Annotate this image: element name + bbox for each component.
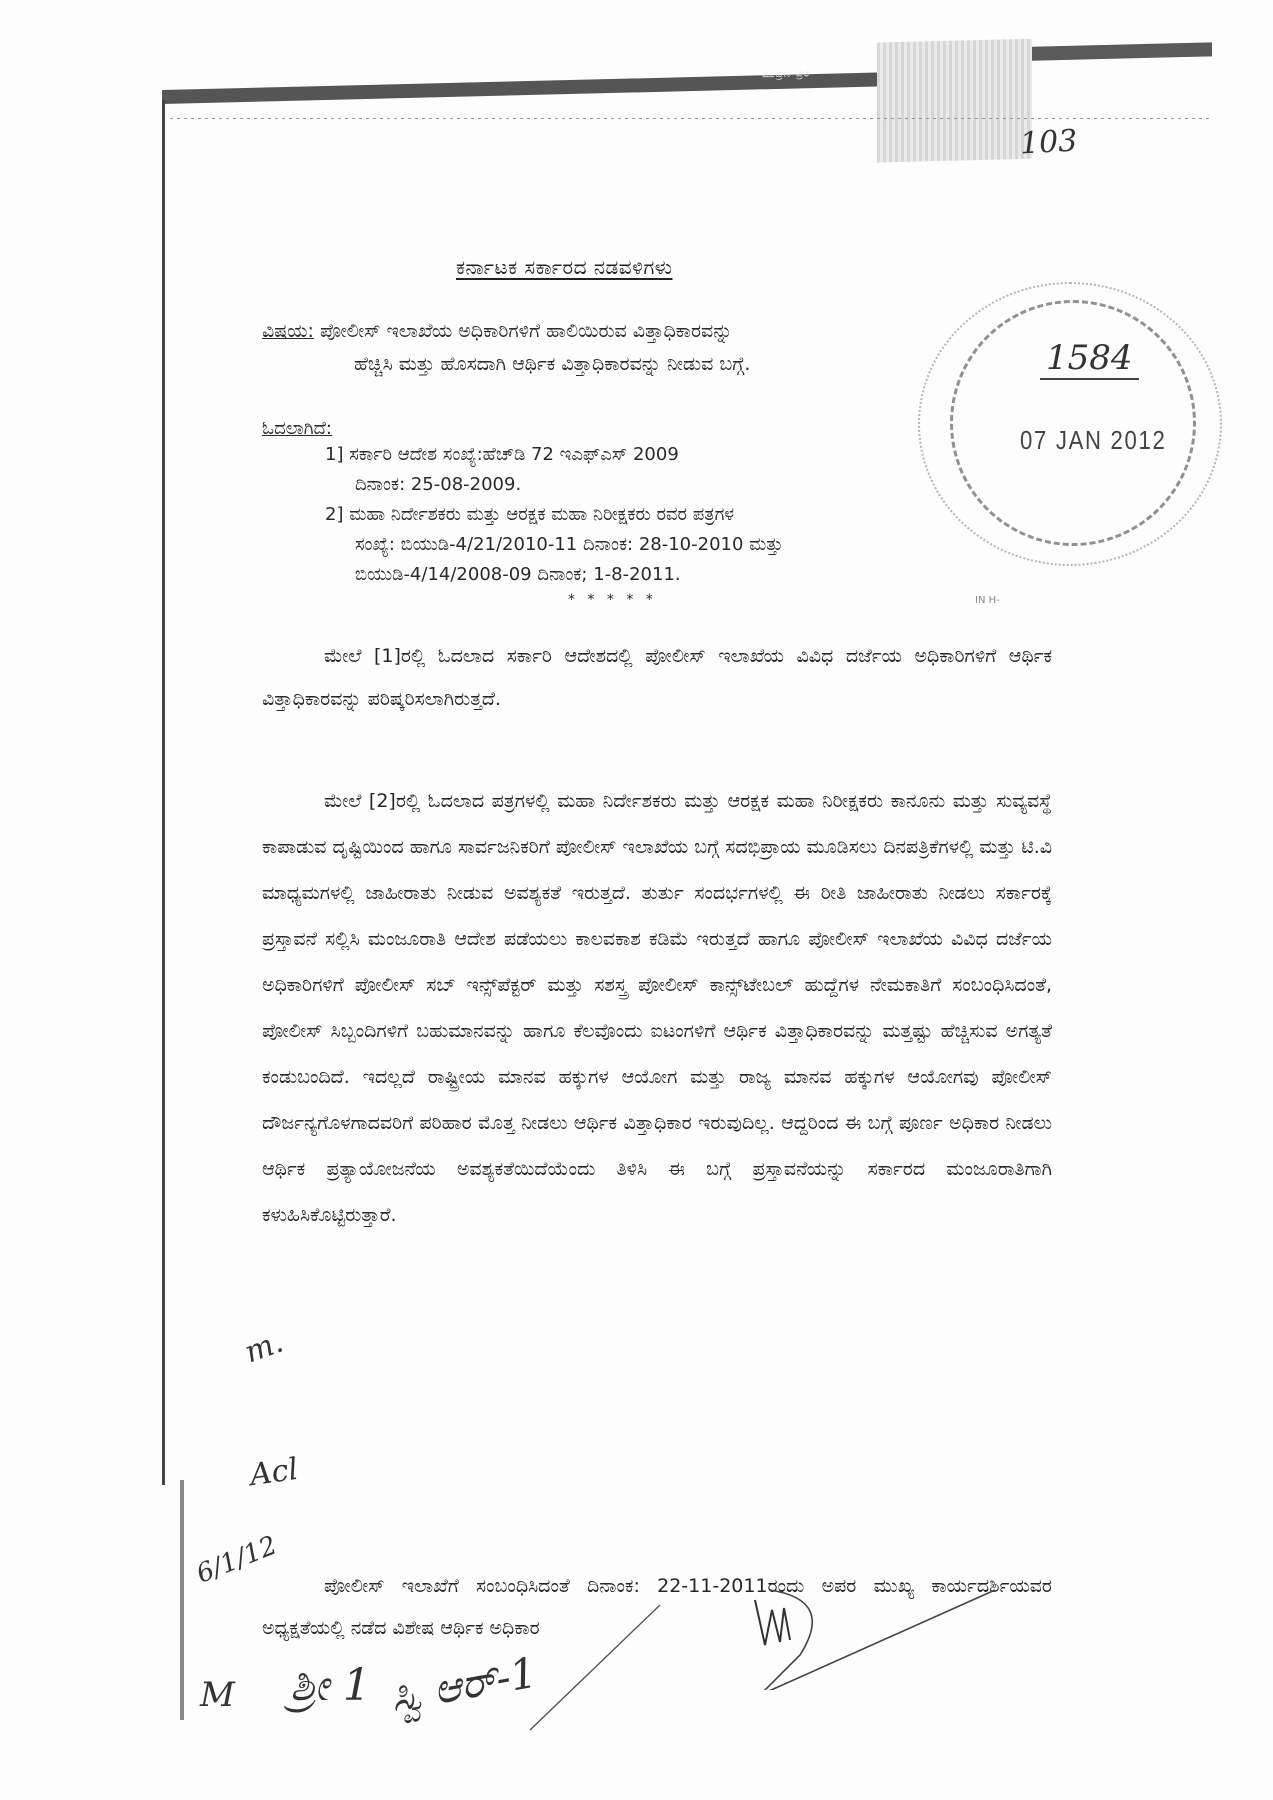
handwritten-left-mark: M — [200, 1675, 235, 1715]
scan-header-strip: ಮುದ್ರಣ ಪ್ರತಿ — [162, 34, 1212, 100]
section-separator: * * * * * — [568, 592, 657, 608]
reference-2-line-3: ಬಿಯುಡಿ-4/14/2008-09 ದಿನಾಂಕ; 1-8-2011. — [325, 560, 1005, 590]
faint-scan-mark: IN H- — [975, 595, 1000, 606]
paragraph-1: ಮೇಲೆ [1]ರಲ್ಲಿ ಓದಲಾದ ಸರ್ಕಾರಿ ಆದೇಶದಲ್ಲಿ ಪೋ… — [262, 635, 1052, 721]
subject-block: ವಿಷಯ: ಪೋಲೀಸ್ ಇಲಾಖೆಯ ಅಧಿಕಾರಿಗಳಿಗೆ ಹಾಲಿಯಿರ… — [262, 315, 1022, 381]
handwritten-acl: Acl — [248, 1452, 300, 1493]
paragraph-2-text: ಮೇಲೆ [2]ರಲ್ಲಿ ಓದಲಾದ ಪತ್ರಗಳಲ್ಲಿ ಮಹಾ ನಿರ್ದ… — [262, 790, 1052, 1226]
page-left-border-lower — [180, 1480, 184, 1720]
reference-1-line-2: ದಿನಾಂಕ: 25-08-2009. — [325, 470, 1005, 500]
subject-line-2: ಹೆಚ್ಚಿಸಿ ಮತ್ತು ಹೊಸದಾಗಿ ಆರ್ಥಿಕ ವಿತ್ತಾಧಿಕಾ… — [262, 348, 1022, 381]
received-stamp — [950, 300, 1196, 546]
document-title: ಕರ್ನಾಟಕ ಸರ್ಕಾರದ ನಡವಳಿಗಳು — [456, 255, 673, 279]
header-strip-text: ಮುದ್ರಣ ಪ್ರತಿ — [762, 68, 810, 80]
header-dark-bar-right — [1032, 42, 1212, 60]
subject-line-1: ಪೋಲೀಸ್ ಇಲಾಖೆಯ ಅಧಿಕಾರಿಗಳಿಗೆ ಹಾಲಿಯಿರುವ ವಿತ… — [320, 320, 732, 342]
subject-label: ವಿಷಯ: — [262, 320, 314, 342]
reference-2-line-2: ಸಂಖ್ಯೆ: ಬಿಯುಡಿ-4/21/2010-11 ದಿನಾಂಕ: 28-1… — [325, 530, 1005, 560]
reference-2-line-1: 2] ಮಹಾ ನಿರ್ದೇಶಕರು ಮತ್ತು ಆರಕ್ಷಕ ಮಹಾ ನಿರೀಕ… — [325, 500, 1005, 530]
signature-icon — [740, 1580, 1070, 1690]
handwritten-initials: ಶ್ರೀ 1 — [290, 1660, 371, 1711]
references-label: ಓದಲಾಗಿದೆ: — [262, 418, 332, 439]
scan-line — [170, 118, 1210, 119]
signature-strike-icon — [520, 1600, 740, 1740]
paragraph-2: ಮೇಲೆ [2]ರಲ್ಲಿ ಓದಲಾದ ಪತ್ರಗಳಲ್ಲಿ ಮಹಾ ನಿರ್ದ… — [262, 778, 1052, 1238]
handwritten-signature-text: ಸ್ವಿ ಆರ್-1 — [387, 1648, 541, 1723]
reference-1-line-1: 1] ಸರ್ಕಾರಿ ಆದೇಶ ಸಂಖ್ಯೆ:ಹೆಚ್‌ಡಿ 72 ಇಎಫ್‌ಎ… — [325, 440, 1005, 470]
scan-noise-block — [877, 39, 1032, 163]
stamp-inward-number: 1584 — [1040, 338, 1139, 380]
page-number: 103 — [1019, 124, 1078, 162]
paragraph-1-text: ಮೇಲೆ [1]ರಲ್ಲಿ ಓದಲಾದ ಸರ್ಕಾರಿ ಆದೇಶದಲ್ಲಿ ಪೋ… — [262, 645, 1052, 710]
references-list: 1] ಸರ್ಕಾರಿ ಆದೇಶ ಸಂಖ್ಯೆ:ಹೆಚ್‌ಡಿ 72 ಇಎಫ್‌ಎ… — [325, 440, 1005, 590]
page-left-border — [162, 100, 165, 1485]
stamp-date: 07 JAN 2012 — [1020, 425, 1166, 456]
handwritten-margin-m: m. — [240, 1325, 288, 1371]
